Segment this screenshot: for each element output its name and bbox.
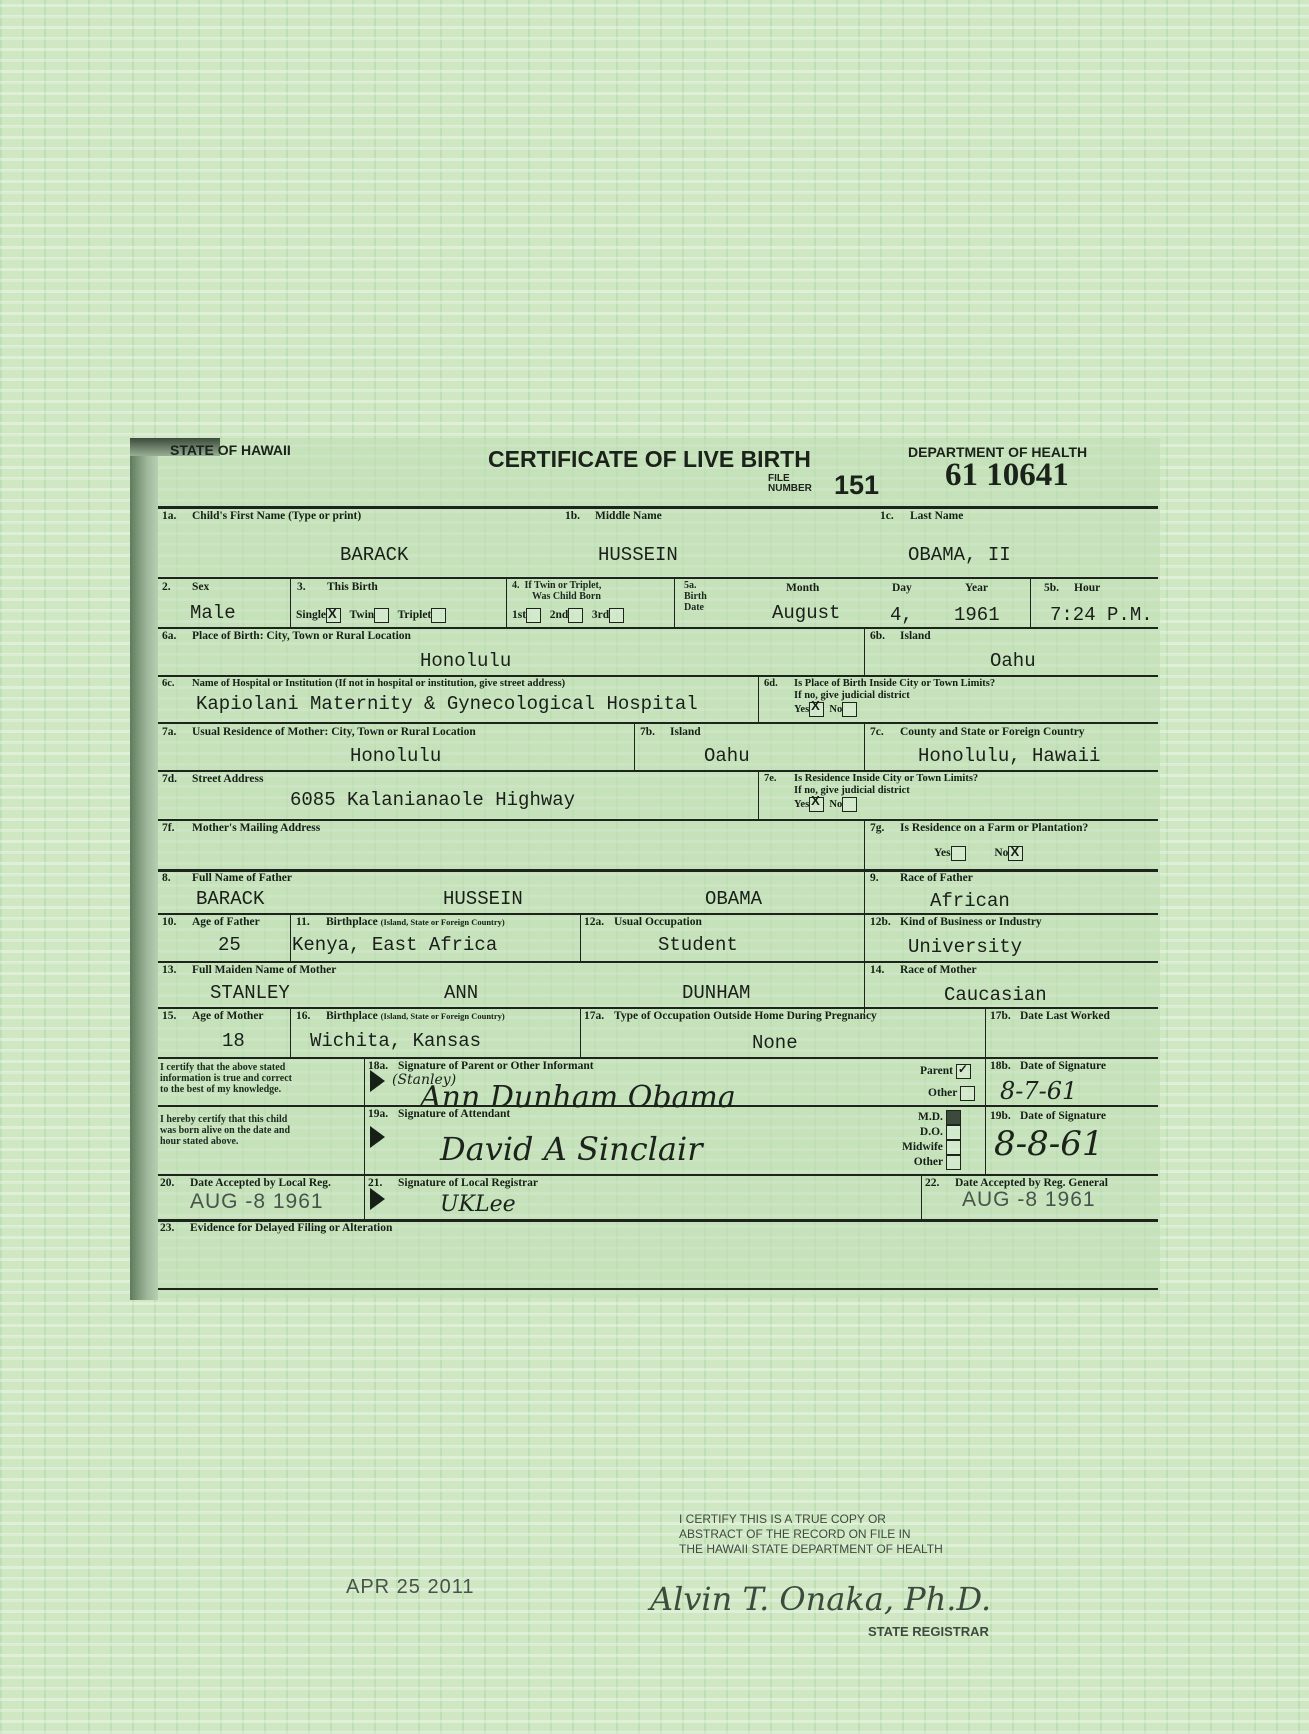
field-7d-label: 7d.Street Address: [162, 773, 263, 785]
other-option: Other: [928, 1086, 975, 1101]
father-occupation: Student: [658, 934, 738, 956]
binding-shadow: [130, 438, 158, 1300]
birth-year: 1961: [954, 604, 1000, 626]
field-7a-label: 7a.Usual Residence of Mother: City, Town…: [162, 726, 476, 738]
street-address: 6085 Kalanianaole Highway: [290, 789, 575, 811]
birth-order-options: 1st 2nd 3rd: [512, 608, 624, 623]
7e-yes-checkbox[interactable]: [809, 797, 824, 812]
birth-day: 4,: [890, 604, 913, 626]
field-3-label: 3.This Birth: [297, 581, 378, 593]
child-first-name: BARACK: [340, 544, 408, 566]
field-18a-label: 18a.Signature of Parent or Other Informa…: [368, 1060, 594, 1072]
arrow-icon: [370, 1126, 385, 1148]
field-19a-label: 19a.Signature of Attendant: [368, 1108, 510, 1120]
field-6c-label: 6c.Name of Hospital or Institution (If n…: [162, 678, 565, 689]
local-reg-accepted-date: AUG -8 1961: [190, 1190, 324, 1214]
year-label: Year: [965, 582, 988, 594]
field-12b-label: 12b.Kind of Business or Industry: [870, 916, 1042, 928]
local-registrar-signature: UKLee: [440, 1192, 516, 1217]
7g-yes-checkbox[interactable]: [951, 846, 966, 861]
field-13-label: 13.Full Maiden Name of Mother: [162, 964, 336, 976]
field-7b-label: 7b.Island: [640, 726, 701, 738]
issue-date-stamp: APR 25 2011: [346, 1576, 475, 1599]
mother-residence-county-state: Honolulu, Hawaii: [918, 745, 1100, 767]
field-10-label: 10.Age of Father: [162, 916, 260, 928]
field-5b-label: 5b.Hour: [1044, 582, 1100, 594]
field-2-label: 2.Sex: [162, 581, 209, 593]
second-checkbox[interactable]: [568, 608, 583, 623]
field-1c-label: 1c.Last Name: [880, 510, 963, 522]
file-number: 151: [834, 470, 879, 501]
father-middle-name: HUSSEIN: [443, 888, 523, 910]
mother-race: Caucasian: [944, 984, 1047, 1006]
field-21-label: 21.Signature of Local Registrar: [368, 1177, 538, 1189]
field-16-label: 16.Birthplace (Island, State or Foreign …: [296, 1010, 505, 1022]
field-7g-label: 7g.Is Residence on a Farm or Plantation?: [870, 822, 1088, 834]
field-18b-label: 18b.Date of Signature: [990, 1060, 1106, 1072]
field-5a-label: 5a.BirthDate: [684, 580, 707, 613]
informant-signature-date: 8-7-61: [1000, 1077, 1077, 1105]
do-checkbox[interactable]: [946, 1125, 961, 1140]
first-checkbox[interactable]: [526, 608, 541, 623]
field-6b-label: 6b.Island: [870, 630, 931, 642]
field-11-label: 11.Birthplace (Island, State or Foreign …: [296, 916, 505, 928]
7g-no-checkbox[interactable]: [1008, 846, 1023, 861]
arrow-icon: [370, 1070, 385, 1092]
md-checkbox[interactable]: [946, 1110, 961, 1125]
field-15-label: 15.Age of Mother: [162, 1010, 264, 1022]
certificate-title: CERTIFICATE OF LIVE BIRTH: [488, 446, 811, 473]
mother-last-name: DUNHAM: [682, 982, 750, 1004]
attendant-signature: David A Sinclair: [440, 1130, 703, 1168]
mother-occupation: None: [752, 1032, 798, 1054]
day-label: Day: [892, 582, 912, 594]
reg-general-accepted-date: AUG -8 1961: [962, 1188, 1096, 1212]
state-label: STATE OF HAWAII: [170, 442, 291, 458]
sex-value: Male: [190, 602, 236, 624]
attendant-other-checkbox[interactable]: [946, 1155, 961, 1170]
arrow-icon: [370, 1188, 385, 1210]
birth-island: Oahu: [990, 650, 1036, 672]
state-registrar-signature: Alvin T. Onaka, Ph.D.: [650, 1580, 991, 1618]
hospital-name: Kapiolani Maternity & Gynecological Hosp…: [196, 693, 698, 715]
field-1a-label: 1a.Child's First Name (Type or print): [162, 510, 361, 522]
field-19b-label: 19b.Date of Signature: [990, 1110, 1106, 1122]
field-17b-label: 17b.Date Last Worked: [990, 1010, 1110, 1022]
parent-checkbox[interactable]: [956, 1064, 971, 1079]
farm-options: Yes No: [934, 846, 1023, 861]
midwife-checkbox[interactable]: [946, 1140, 961, 1155]
place-of-birth: Honolulu: [420, 650, 511, 672]
mother-middle-name: ANN: [444, 982, 478, 1004]
field-8-label: 8.Full Name of Father: [162, 872, 292, 884]
6d-no-checkbox[interactable]: [842, 702, 857, 717]
attendant-type-options: M.D. D.O. Midwife Other: [902, 1110, 961, 1170]
month-label: Month: [786, 582, 819, 594]
field-7c-label: 7c.County and State or Foreign Country: [870, 726, 1085, 738]
attendant-signature-date: 8-8-61: [994, 1124, 1104, 1164]
mother-birthplace: Wichita, Kansas: [310, 1030, 481, 1052]
birth-hour: 7:24 P.M.: [1050, 604, 1153, 626]
certificate-form: [130, 438, 1160, 1298]
attendant-certification: I hereby certify that this child was bor…: [160, 1114, 290, 1147]
mother-first-name: STANLEY: [210, 982, 290, 1004]
birth-month: August: [772, 602, 840, 624]
field-7e-label: 7e.Is Residence Inside City or Town Limi…: [764, 773, 978, 812]
field-20-label: 20.Date Accepted by Local Reg.: [160, 1177, 331, 1189]
informant-other-checkbox[interactable]: [960, 1086, 975, 1101]
father-last-name: OBAMA: [705, 888, 762, 910]
mother-age: 18: [222, 1030, 245, 1052]
mother-residence-island: Oahu: [704, 745, 750, 767]
mother-residence-city: Honolulu: [350, 745, 441, 767]
true-copy-certification: I CERTIFY THIS IS A TRUE COPY OR ABSTRAC…: [679, 1512, 943, 1557]
third-checkbox[interactable]: [609, 608, 624, 623]
field-9-label: 9.Race of Father: [870, 872, 973, 884]
field-1b-label: 1b.Middle Name: [565, 510, 662, 522]
father-age: 25: [218, 934, 241, 956]
field-4-label: 4. If Twin or Triplet, Was Child Born: [512, 580, 601, 602]
child-last-name: OBAMA, II: [908, 544, 1011, 566]
field-6a-label: 6a.Place of Birth: City, Town or Rural L…: [162, 630, 411, 642]
father-race: African: [930, 890, 1010, 912]
field-7f-label: 7f.Mother's Mailing Address: [162, 822, 320, 834]
father-first-name: BARACK: [196, 888, 264, 910]
child-middle-name: HUSSEIN: [598, 544, 678, 566]
field-23-label: 23.Evidence for Delayed Filing or Altera…: [160, 1222, 392, 1234]
field-6d-label: 6d.Is Place of Birth Inside City or Town…: [764, 678, 995, 717]
7e-no-checkbox[interactable]: [842, 797, 857, 812]
certificate-number: 61 10641: [945, 457, 1069, 494]
single-checkbox[interactable]: [326, 608, 341, 623]
state-registrar-title: STATE REGISTRAR: [868, 1624, 989, 1639]
twin-checkbox[interactable]: [374, 608, 389, 623]
file-number-label: FILE NUMBER: [768, 474, 812, 494]
number-label: NUMBER: [768, 484, 812, 494]
triplet-checkbox[interactable]: [431, 608, 446, 623]
informant-certification: I certify that the above stated informat…: [160, 1062, 292, 1095]
field-14-label: 14.Race of Mother: [870, 964, 977, 976]
field-12a-label: 12a.Usual Occupation: [584, 916, 702, 928]
this-birth-options: Single Twin Triplet: [296, 608, 446, 623]
6d-yes-checkbox[interactable]: [809, 702, 824, 717]
parent-option: Parent: [920, 1064, 971, 1079]
father-birthplace: Kenya, East Africa: [292, 934, 497, 956]
field-17a-label: 17a.Type of Occupation Outside Home Duri…: [584, 1010, 877, 1022]
father-business: University: [908, 936, 1022, 958]
